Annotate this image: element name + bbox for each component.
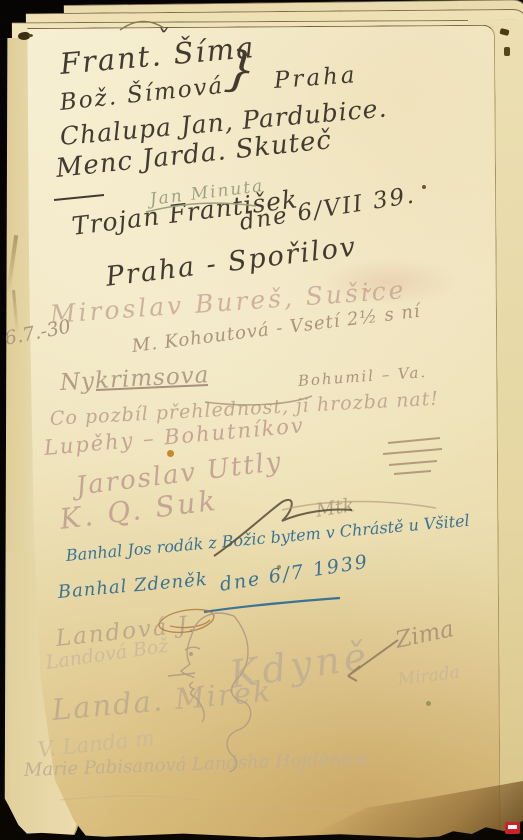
orange-stain-dot: [167, 450, 174, 457]
dark-speck: [277, 565, 281, 569]
brace-mark: }: [222, 44, 257, 95]
green-stain-dot: [426, 701, 431, 706]
guestbook-scan: ˇ Frant. Šíma } Praha Bož. Šímová Chalup…: [0, 0, 523, 840]
dark-speck: [422, 185, 426, 189]
archive-watermark-logo: [505, 822, 520, 834]
edge-mark: [504, 47, 510, 56]
archive-watermark-logo-inner: [508, 825, 517, 831]
caron-mark: ˇ: [361, 287, 373, 308]
ink-blot-speck: [28, 34, 33, 37]
place-praha: Praha: [273, 64, 358, 93]
